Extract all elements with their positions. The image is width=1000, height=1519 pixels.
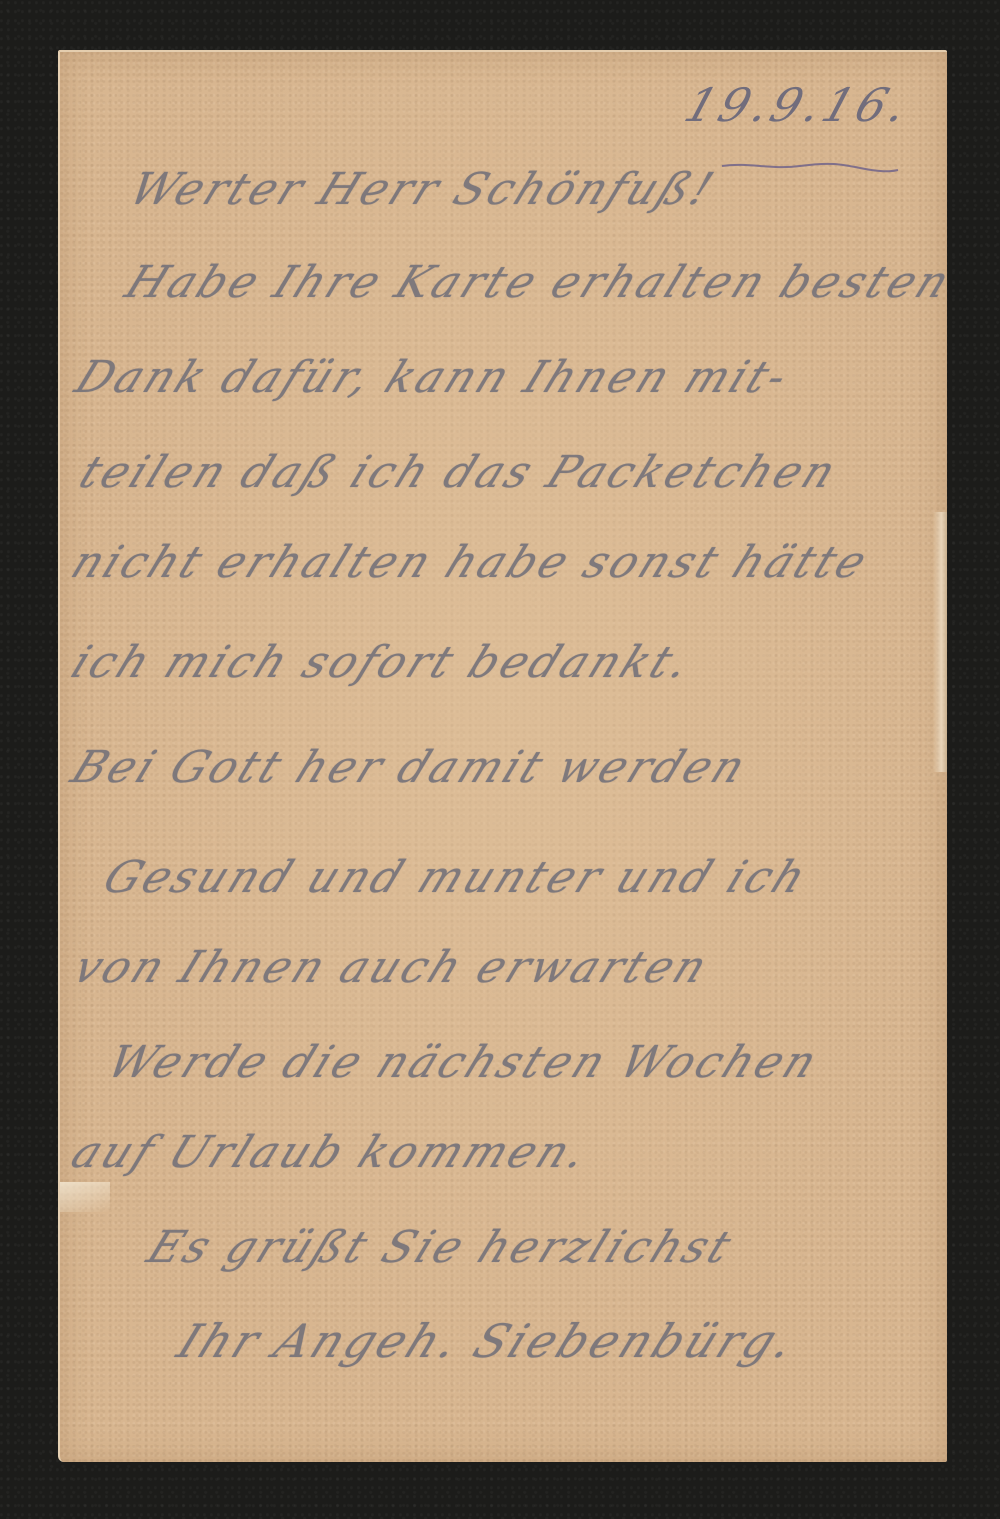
letter-line: nicht erhalten habe sonst hätte	[64, 537, 877, 588]
letter-line: Habe Ihre Karte erhalten besten	[118, 257, 947, 308]
letter-line: von Ihnen auch erwarten	[66, 942, 717, 993]
date-underline-squiggle	[720, 160, 900, 174]
worn-edge	[933, 512, 947, 772]
letter-line: Dank dafür, kann Ihnen mit-	[68, 352, 798, 403]
letter-line: teilen daß ich das Packetchen	[72, 447, 846, 498]
letter-line: auf Urlaub kommen.	[64, 1127, 597, 1178]
letter-line: ich mich sofort bedankt.	[64, 637, 700, 688]
letter-line: Werde die nächsten Wochen	[100, 1037, 827, 1088]
letter-line-closing: Es grüßt Sie herzlichst	[140, 1222, 741, 1273]
letter-line: Bei Gott her damit werden	[64, 742, 756, 793]
letter-line: Gesund und munter und ich	[96, 852, 816, 903]
date-heading: 19.9.16.	[678, 78, 918, 132]
signature: Ihr Angeh. Siebenbürg.	[170, 1314, 805, 1368]
paper-crease	[60, 1182, 110, 1212]
letter-line-salutation: Werter Herr Schönfuß!	[122, 164, 723, 215]
postcard: 19.9.16. Werter Herr Schönfuß! Habe Ihre…	[58, 50, 947, 1462]
